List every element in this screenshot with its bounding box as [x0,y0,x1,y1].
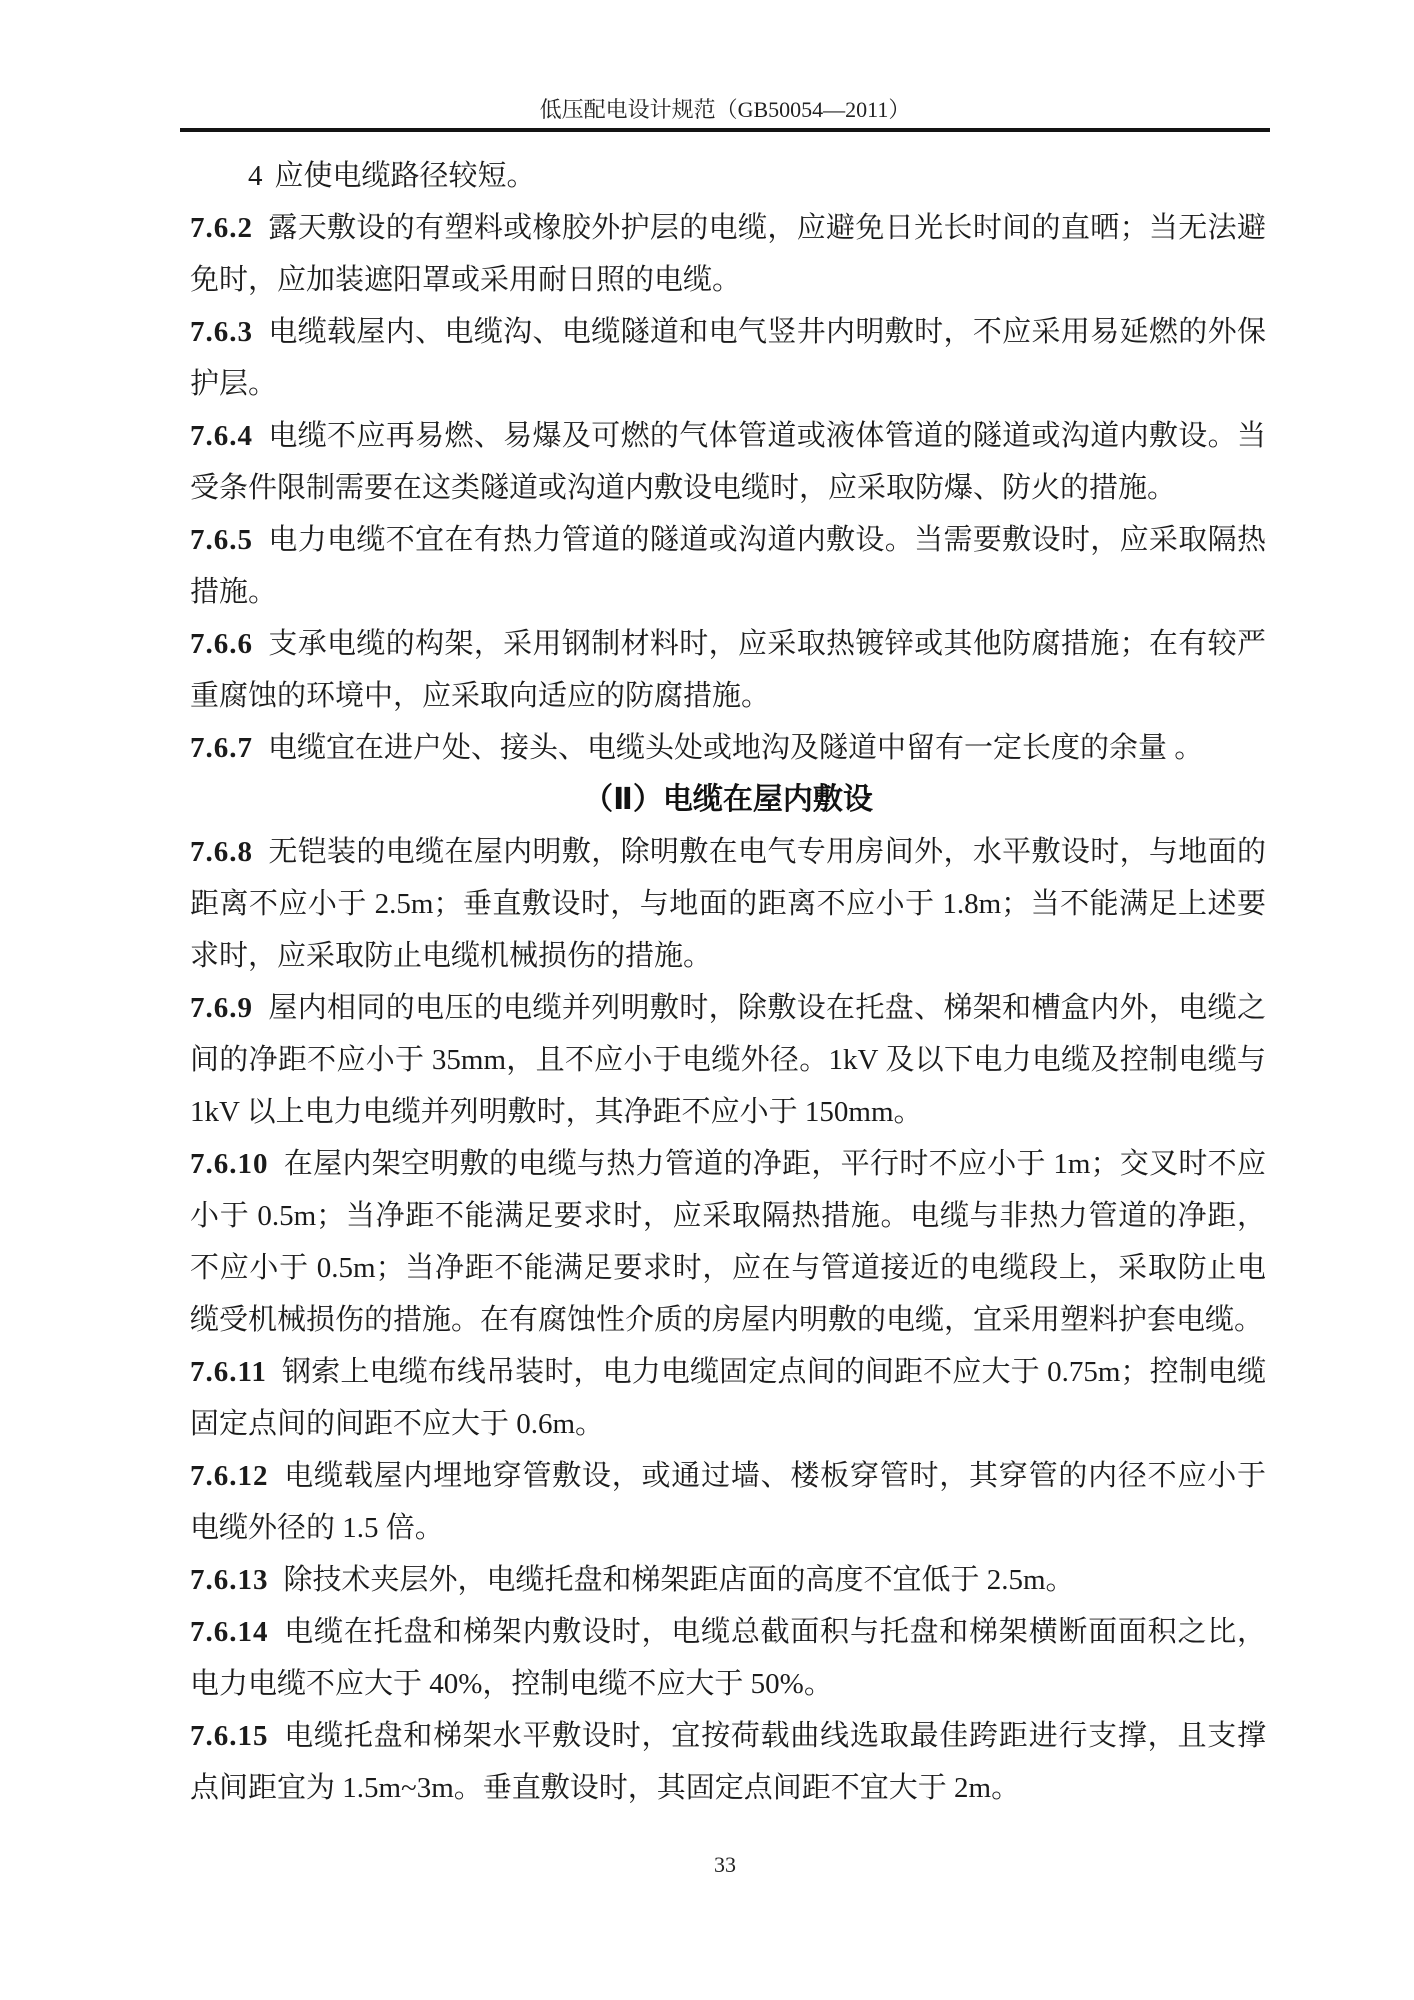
clause-number: 7.6.12 [190,1460,269,1492]
clause-text: 除技术夹层外，电缆托盘和梯架距店面的高度不宜低于 2.5m。 [284,1564,1075,1596]
clause-text: 屋内相同的电压的电缆并列明敷时，除敷设在托盘、梯架和槽盒内外，电缆之间的净距不应… [190,992,1266,1128]
section-heading: （Ⅱ）电缆在屋内敷设 [190,774,1266,826]
clause-paragraph: 7.6.13除技术夹层外，电缆托盘和梯架距店面的高度不宜低于 2.5m。 [190,1554,1266,1606]
clause-number: 7.6.13 [190,1564,269,1596]
clause-number: 7.6.11 [190,1356,267,1388]
clause-number: 7.6.3 [190,316,253,348]
header-rule [180,128,1270,132]
clause-text: 无铠装的电缆在屋内明敷，除明敷在电气专用房间外，水平敷设时，与地面的距离不应小于… [190,836,1266,972]
clause-paragraph: 7.6.7电缆宜在进户处、接头、电缆头处或地沟及隧道中留有一定长度的余量 。 [190,722,1266,774]
clause-paragraph: 7.6.14电缆在托盘和梯架内敷设时，电缆总截面积与托盘和梯架横断面面积之比，电… [190,1606,1266,1710]
clause-number: 7.6.7 [190,732,253,764]
clause-paragraph: 7.6.12电缆载屋内埋地穿管敷设，或通过墙、楼板穿管时，其穿管的内径不应小于电… [190,1450,1266,1554]
clause-paragraph: 7.6.15电缆托盘和梯架水平敷设时，宜按荷载曲线选取最佳跨距进行支撑，且支撑点… [190,1710,1266,1814]
clause-paragraph: 7.6.10在屋内架空明敷的电缆与热力管道的净距，平行时不应小于 1m；交叉时不… [190,1138,1266,1346]
clause-paragraph: 7.6.11钢索上电缆布线吊装时，电力电缆固定点间的间距不应大于 0.75m；控… [190,1346,1266,1450]
clause-paragraph: 7.6.6支承电缆的构架，采用钢制材料时，应采取热镀锌或其他防腐措施；在有较严重… [190,618,1266,722]
clause-paragraph: 7.6.9屋内相同的电压的电缆并列明敷时，除敷设在托盘、梯架和槽盒内外，电缆之间… [190,982,1266,1138]
clause-text: 电缆宜在进户处、接头、电缆头处或地沟及隧道中留有一定长度的余量 。 [268,732,1203,764]
clause-text: 钢索上电缆布线吊装时，电力电缆固定点间的间距不应大于 0.75m；控制电缆固定点… [190,1356,1266,1440]
page-header-title: 低压配电设计规范（GB50054—2011） [180,96,1270,124]
clause-paragraph: 7.6.4电缆不应再易燃、易爆及可燃的气体管道或液体管道的隧道或沟道内敷设。当受… [190,410,1266,514]
clause-number: 7.6.8 [190,836,253,868]
clause-text: 支承电缆的构架，采用钢制材料时，应采取热镀锌或其他防腐措施；在有较严重腐蚀的环境… [190,628,1266,712]
clause-text: 电缆载屋内、电缆沟、电缆隧道和电气竖井内明敷时，不应采用易延燃的外保护层。 [190,316,1266,400]
document-body: 4应使电缆路径较短。7.6.2露天敷设的有塑料或橡胶外护层的电缆，应避免日光长时… [190,150,1266,1814]
clause-paragraph: 7.6.3电缆载屋内、电缆沟、电缆隧道和电气竖井内明敷时，不应采用易延燃的外保护… [190,306,1266,410]
clause-text: 电缆托盘和梯架水平敷设时，宜按荷载曲线选取最佳跨距进行支撑，且支撑点间距宜为 1… [190,1720,1266,1804]
clause-number: 7.6.14 [190,1616,269,1648]
clause-number: 7.6.2 [190,212,253,244]
clause-number: 7.6.9 [190,992,253,1024]
clause-number: 4 [248,160,263,192]
clause-paragraph: 7.6.2露天敷设的有塑料或橡胶外护层的电缆，应避免日光长时间的直晒；当无法避免… [190,202,1266,306]
clause-text: 应使电缆路径较短。 [275,160,536,192]
sub-item: 4应使电缆路径较短。 [190,150,1266,202]
clause-text: 电缆不应再易燃、易爆及可燃的气体管道或液体管道的隧道或沟道内敷设。当受条件限制需… [190,420,1266,504]
page-number: 33 [180,1852,1270,1878]
clause-text: 电缆载屋内埋地穿管敷设，或通过墙、楼板穿管时，其穿管的内径不应小于电缆外径的 1… [190,1460,1266,1544]
clause-text: 电力电缆不宜在有热力管道的隧道或沟道内敷设。当需要敷设时，应采取隔热措施。 [190,524,1266,608]
clause-number: 7.6.15 [190,1720,269,1752]
clause-text: 电缆在托盘和梯架内敷设时，电缆总截面积与托盘和梯架横断面面积之比，电力电缆不应大… [190,1616,1266,1700]
document-page: 低压配电设计规范（GB50054—2011） 4应使电缆路径较短。7.6.2露天… [0,0,1414,2000]
clause-text: 在屋内架空明敷的电缆与热力管道的净距，平行时不应小于 1m；交叉时不应小于 0.… [190,1148,1266,1336]
clause-number: 7.6.10 [190,1148,269,1180]
clause-number: 7.6.5 [190,524,253,556]
clause-number: 7.6.6 [190,628,253,660]
clause-paragraph: 7.6.5电力电缆不宜在有热力管道的隧道或沟道内敷设。当需要敷设时，应采取隔热措… [190,514,1266,618]
clause-number: 7.6.4 [190,420,253,452]
clause-text: 露天敷设的有塑料或橡胶外护层的电缆，应避免日光长时间的直晒；当无法避免时，应加装… [190,212,1266,296]
clause-paragraph: 7.6.8无铠装的电缆在屋内明敷，除明敷在电气专用房间外，水平敷设时，与地面的距… [190,826,1266,982]
